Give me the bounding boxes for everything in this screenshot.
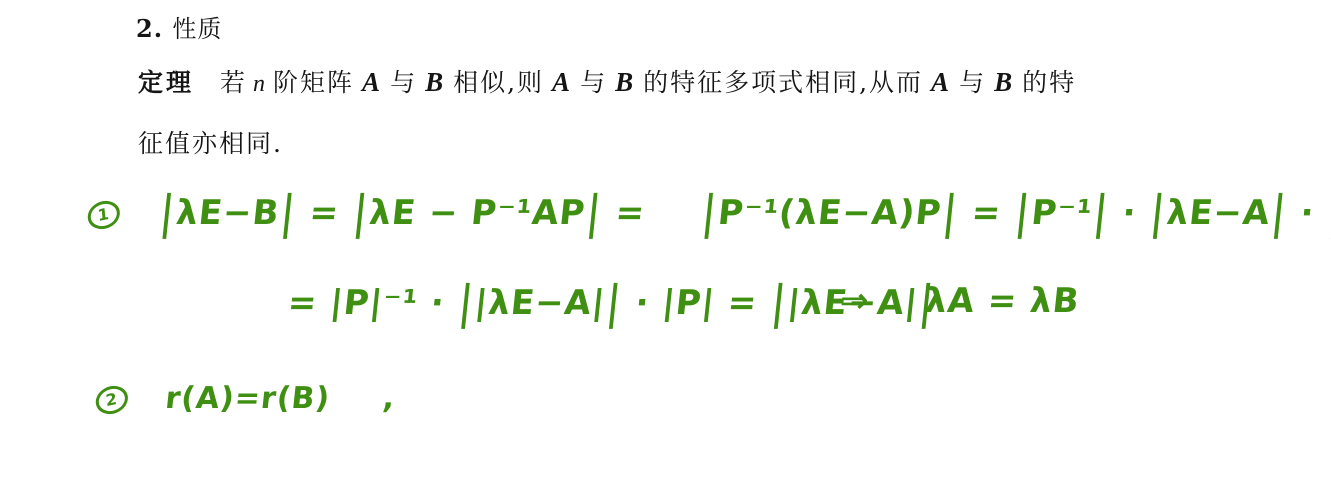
theorem-text: 阶矩阵 <box>273 68 354 97</box>
eigenvalue-equality: λA = λB <box>923 281 1082 321</box>
det-bar: | <box>1091 186 1110 240</box>
trailing-comma: , <box>381 381 397 416</box>
det-p-power-neg1: |P|⁻¹ <box>328 283 420 323</box>
det-char-a: λE−A <box>1165 193 1273 233</box>
section-heading: 2. 性质 <box>136 9 222 44</box>
det-p: |P| <box>660 283 717 323</box>
theorem-line-1: 定理若n阶矩阵A与B相似,则A与B的特征多项式相同,从而A与B的特 <box>138 63 1076 99</box>
matrix-b: B <box>615 67 635 97</box>
det-bar: | <box>604 276 623 330</box>
theorem-text: 的特征多项式相同,从而 <box>643 68 923 97</box>
matrix-b: B <box>994 67 1014 97</box>
circled-number-1: 1 <box>86 197 121 231</box>
det-bar: | <box>585 186 604 240</box>
rank-equality: r(A)=r(B) <box>164 381 332 416</box>
matrix-b: B <box>425 67 445 97</box>
theorem-text: 与 <box>580 68 607 97</box>
matrix-a: A <box>552 67 572 97</box>
theorem-label: 定理 <box>138 68 194 97</box>
theorem-text: 相似,则 <box>453 68 544 97</box>
theorem-text: 的特 <box>1022 68 1076 97</box>
theorem-text: 与 <box>390 68 417 97</box>
theorem-line-2: 征值亦相同. <box>138 124 283 160</box>
matrix-a: A <box>931 67 951 97</box>
circled-number-2: 2 <box>94 382 129 416</box>
det-char-a: |λE−A| <box>473 283 608 323</box>
handwritten-proof-line-1: 1 |λE−B| = |λE − P⁻¹AP| = |P⁻¹(λE−A)P| =… <box>86 193 1331 233</box>
theorem-text: 若 <box>220 68 247 97</box>
det-p-inverse: P⁻¹ <box>1029 193 1094 233</box>
matrix-a: A <box>362 67 382 97</box>
implies-arrow-icon: ⇒ <box>838 281 872 321</box>
det-eq1: λE − P⁻¹AP <box>367 193 587 233</box>
handwritten-conclusion: ⇒ λA = λB <box>838 281 1082 321</box>
det-bar: | <box>1269 186 1288 240</box>
section-number: 2. <box>136 14 163 43</box>
det-bar: | <box>279 186 298 240</box>
theorem-text: 与 <box>959 68 986 97</box>
det-lhs: λE−B <box>174 193 281 233</box>
section-title: 性质 <box>172 15 222 43</box>
var-n: n <box>253 71 267 97</box>
det-bar: | <box>1326 186 1331 240</box>
det-eq2: P⁻¹(λE−A)P <box>716 193 944 233</box>
handwritten-proof-item-2: 2 r(A)=r(B) , <box>94 381 397 416</box>
